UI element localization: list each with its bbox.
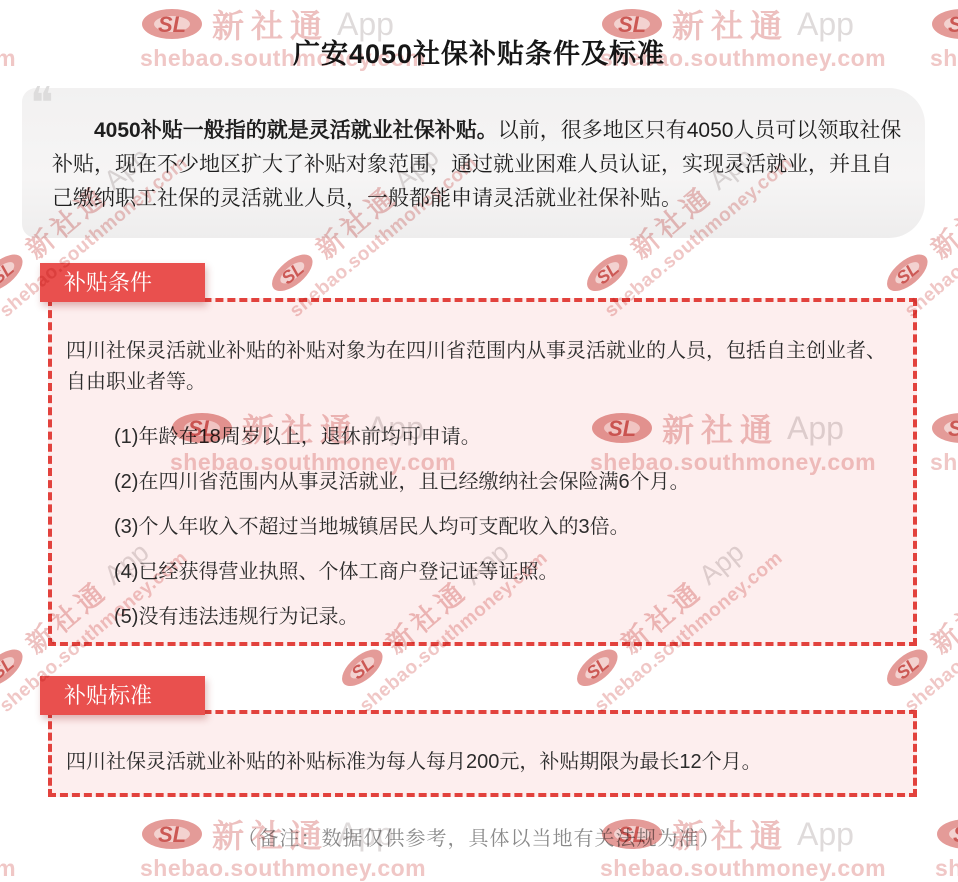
conditions-panel: 四川社保灵活就业补贴的补贴对象为在四川省范围内从事灵活就业的人员，包括自主创业者… bbox=[48, 298, 917, 646]
standard-panel: 四川社保灵活就业补贴的补贴标准为每人每月200元，补贴期限为最长12个月。 bbox=[48, 710, 917, 797]
section-heading-standard: 补贴标准 bbox=[40, 676, 205, 715]
intro-panel: ❝ 4050补贴一般指的就是灵活就业社保补贴。以前，很多地区只有4050人员可以… bbox=[22, 88, 925, 238]
intro-paragraph: 4050补贴一般指的就是灵活就业社保补贴。以前，很多地区只有4050人员可以领取… bbox=[30, 114, 903, 216]
conditions-lead: 四川社保灵活就业补贴的补贴对象为在四川省范围内从事灵活就业的人员，包括自主创业者… bbox=[66, 336, 897, 398]
condition-item: (5)没有违法违规行为记录。 bbox=[114, 602, 897, 632]
condition-item: (2)在四川省范围内从事灵活就业，且已经缴纳社会保险满6个月。 bbox=[114, 467, 897, 497]
intro-lead-bold: 4050补贴一般指的就是灵活就业社保补贴。 bbox=[94, 119, 498, 142]
standard-lead: 四川社保灵活就业补贴的补贴标准为每人每月200元，补贴期限为最长12个月。 bbox=[66, 747, 897, 778]
section-heading-conditions: 补贴条件 bbox=[40, 263, 205, 302]
footer-note: （备注：数据仅供参考，具体以当地有关法规为准） bbox=[0, 822, 958, 851]
quote-icon: ❝ bbox=[30, 82, 54, 126]
condition-item: (1)年龄在18周岁以上，退休前均可申请。 bbox=[114, 422, 897, 452]
conditions-list: (1)年龄在18周岁以上，退休前均可申请。 (2)在四川省范围内从事灵活就业，且… bbox=[114, 422, 897, 632]
page-title: 广安4050社保补贴条件及标准 bbox=[0, 32, 958, 71]
condition-item: (3)个人年收入不超过当地城镇居民人均可支配收入的3倍。 bbox=[114, 512, 897, 542]
condition-item: (4)已经获得营业执照、个体工商户登记证等证照。 bbox=[114, 557, 897, 587]
article-page: 广安4050社保补贴条件及标准 ❝ 4050补贴一般指的就是灵活就业社保补贴。以… bbox=[0, 0, 958, 882]
